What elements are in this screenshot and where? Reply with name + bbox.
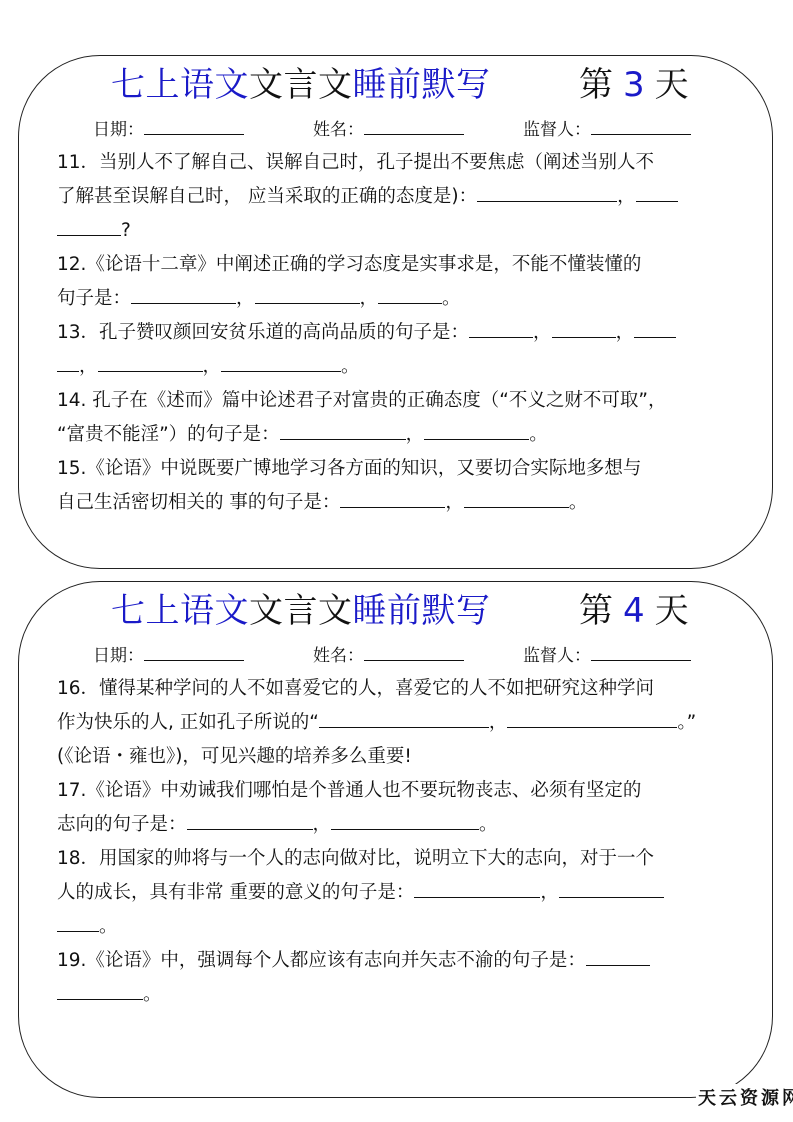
question-list: 11．当别人不了解自己、误解自己时，孔子提出不要焦虑（阐述当别人不了解甚至误解自… [57,146,739,520]
question-line: ，，。 [57,350,739,384]
day-label: 第4天 [579,590,689,632]
question-item: 15.《论语》中说既要广博地学习各方面的知识，又要切合实际地多想与自己生活密切相… [57,452,739,520]
question-text: ， [445,492,464,513]
question-text: ， [313,814,332,835]
answer-blank[interactable] [552,319,616,338]
answer-blank[interactable] [57,981,143,1000]
question-text: ， [360,288,379,309]
question-text: 。 [341,356,360,377]
question-line: 11．当别人不了解自己、误解自己时，孔子提出不要焦虑（阐述当别人不 [57,146,739,180]
worksheet-card-day-4: 七上语文文言文睡前默写 第4天 日期： 姓名： 监督人： 16．懂得某种学问的人… [18,581,773,1098]
answer-blank[interactable] [469,319,533,338]
question-text: 15.《论语》中说既要广博地学习各方面的知识，又要切合实际地多想与 [57,458,641,479]
name-blank[interactable] [364,642,464,661]
supervisor-field[interactable]: 监督人： [523,642,691,669]
question-text: 了解甚至误解自己时， 应当采取的正确的态度是)： [57,186,477,207]
question-text: 句子是： [57,288,131,309]
answer-blank[interactable] [280,421,406,440]
name-field[interactable]: 姓名： [313,642,464,669]
question-text: 。 [479,814,498,835]
question-text: “富贵不能淫”）的句子是： [57,424,280,445]
answer-blank[interactable] [319,709,489,728]
answer-blank[interactable] [98,353,203,372]
question-item: 13．孔子赞叹颜回安贫乐道的高尚品质的句子是：，，，，。 [57,316,739,384]
question-item: 16．懂得某种学问的人不如喜爱它的人，喜爱它的人不如把研究这种学问作为快乐的人,… [57,672,739,774]
question-line: 16．懂得某种学问的人不如喜爱它的人，喜爱它的人不如把研究这种学问 [57,672,739,706]
title-part-grade: 七上语文 [111,591,249,631]
question-text: 11．当别人不了解自己、误解自己时，孔子提出不要焦虑（阐述当别人不 [57,152,654,173]
question-text: 。 [442,288,461,309]
answer-blank[interactable] [221,353,341,372]
title-part-grade: 七上语文 [111,65,249,105]
date-blank[interactable] [144,642,244,661]
question-text: 。 [99,916,118,937]
question-text: 16．懂得某种学问的人不如喜爱它的人，喜爱它的人不如把研究这种学问 [57,678,654,699]
day-label: 第3天 [579,64,689,106]
supervisor-label: 监督人： [523,646,591,666]
question-item: 17.《论语》中劝诫我们哪怕是个普通人也不要玩物丧志、必须有坚定的志向的句子是：… [57,774,739,842]
question-text: 。 [143,984,162,1005]
question-line: 18．用国家的帅将与一个人的志向做对比，说明立下大的志向，对于一个 [57,842,739,876]
question-text: 志向的句子是： [57,814,187,835]
question-text: ， [489,712,508,733]
question-line: 12.《论语十二章》中阐述正确的学习态度是实事求是，不能不懂装懂的 [57,248,739,282]
answer-blank[interactable] [57,217,121,236]
question-item: 19.《论语》中，强调每个人都应该有志向并矢志不渝的句子是：。 [57,944,739,1012]
answer-blank[interactable] [255,285,360,304]
answer-blank[interactable] [187,811,313,830]
answer-blank[interactable] [559,879,664,898]
question-line: 人的成长，具有非常 重要的意义的句子是：， [57,876,739,910]
date-label: 日期： [93,646,144,666]
question-text: ， [616,322,635,343]
question-text: 12.《论语十二章》中阐述正确的学习态度是实事求是，不能不懂装懂的 [57,254,641,275]
supervisor-blank[interactable] [591,642,691,661]
title-part-subject: 文言文 [249,591,353,631]
supervisor-field[interactable]: 监督人： [523,116,691,143]
watermark: 天云资源网 [696,1084,793,1110]
answer-blank[interactable] [464,489,569,508]
answer-blank[interactable] [331,811,479,830]
question-text: 。 [569,492,588,513]
question-line: 自己生活密切相关的 事的句子是：，。 [57,486,739,520]
question-text: 18．用国家的帅将与一个人的志向做对比，说明立下大的志向，对于一个 [57,848,654,869]
answer-blank[interactable] [57,913,99,932]
day-suffix: 天 [655,65,689,105]
question-text: 14. 孔子在《述而》篇中论述君子对富贵的正确态度（“不义之财不可取”， [57,390,666,411]
question-text: 人的成长，具有非常 重要的意义的句子是： [57,882,414,903]
date-field[interactable]: 日期： [93,116,244,143]
question-line: “富贵不能淫”）的句子是：，。 [57,418,739,452]
question-text: ， [533,322,552,343]
question-text: 。” [677,712,696,733]
question-text: (《论语・雍也》)，可见兴趣的培养多么重要! [57,746,412,767]
question-text: ， [236,288,255,309]
question-text: ， [79,356,98,377]
question-text: ， [203,356,222,377]
question-text: 。 [529,424,548,445]
question-text: 作为快乐的人, 正如孔子所说的“ [57,712,319,733]
title-part-task: 睡前默写 [353,591,491,631]
name-label: 姓名： [313,120,364,140]
question-text: ， [406,424,425,445]
question-line: 17.《论语》中劝诫我们哪怕是个普通人也不要玩物丧志、必须有坚定的 [57,774,739,808]
answer-blank[interactable] [634,319,676,338]
answer-blank[interactable] [424,421,529,440]
question-line: 作为快乐的人, 正如孔子所说的“，。” [57,706,739,740]
worksheet-card-day-3: 七上语文文言文睡前默写 第3天 日期： 姓名： 监督人： 11．当别人不了解自己… [18,55,773,569]
date-blank[interactable] [144,116,244,135]
answer-blank[interactable] [378,285,442,304]
question-text: ， [540,882,559,903]
answer-blank[interactable] [507,709,677,728]
day-prefix: 第 [579,65,613,105]
answer-blank[interactable] [636,183,678,202]
answer-blank[interactable] [477,183,617,202]
answer-blank[interactable] [131,285,236,304]
answer-blank[interactable] [340,489,445,508]
question-text: 17.《论语》中劝诫我们哪怕是个普通人也不要玩物丧志、必须有坚定的 [57,780,641,801]
question-line: 志向的句子是：，。 [57,808,739,842]
date-label: 日期： [93,120,144,140]
question-line: 。 [57,978,739,1012]
name-field[interactable]: 姓名： [313,116,464,143]
day-prefix: 第 [579,591,613,631]
supervisor-label: 监督人： [523,120,591,140]
name-label: 姓名： [313,646,364,666]
answer-blank[interactable] [586,947,650,966]
question-text: ， [617,186,636,207]
question-line: 13．孔子赞叹颜回安贫乐道的高尚品质的句子是：，， [57,316,739,350]
question-line: 了解甚至误解自己时， 应当采取的正确的态度是)：， [57,180,739,214]
question-item: 18．用国家的帅将与一个人的志向做对比，说明立下大的志向，对于一个人的成长，具有… [57,842,739,944]
question-line: (《论语・雍也》)，可见兴趣的培养多么重要! [57,740,739,774]
day-suffix: 天 [655,591,689,631]
question-list: 16．懂得某种学问的人不如喜爱它的人，喜爱它的人不如把研究这种学问作为快乐的人,… [57,672,739,1012]
day-number: 3 [623,65,645,105]
worksheet-title: 七上语文文言文睡前默写 [111,64,491,106]
question-line: 句子是：，，。 [57,282,739,316]
question-item: 12.《论语十二章》中阐述正确的学习态度是实事求是，不能不懂装懂的句子是：，，。 [57,248,739,316]
title-part-task: 睡前默写 [353,65,491,105]
question-line: 15.《论语》中说既要广博地学习各方面的知识，又要切合实际地多想与 [57,452,739,486]
title-part-subject: 文言文 [249,65,353,105]
answer-blank[interactable] [414,879,540,898]
question-text: ? [121,220,131,241]
question-line: ? [57,214,739,248]
supervisor-blank[interactable] [591,116,691,135]
question-text: 19.《论语》中，强调每个人都应该有志向并矢志不渝的句子是： [57,950,586,971]
day-number: 4 [623,591,645,631]
question-text: 自己生活密切相关的 事的句子是： [57,492,340,513]
question-text: 13．孔子赞叹颜回安贫乐道的高尚品质的句子是： [57,322,469,343]
question-line: 14. 孔子在《述而》篇中论述君子对富贵的正确态度（“不义之财不可取”， [57,384,739,418]
name-blank[interactable] [364,116,464,135]
question-item: 11．当别人不了解自己、误解自己时，孔子提出不要焦虑（阐述当别人不了解甚至误解自… [57,146,739,248]
question-line: 。 [57,910,739,944]
question-item: 14. 孔子在《述而》篇中论述君子对富贵的正确态度（“不义之财不可取”， “富贵… [57,384,739,452]
date-field[interactable]: 日期： [93,642,244,669]
answer-blank[interactable] [57,353,79,372]
question-line: 19.《论语》中，强调每个人都应该有志向并矢志不渝的句子是： [57,944,739,978]
worksheet-title: 七上语文文言文睡前默写 [111,590,491,632]
